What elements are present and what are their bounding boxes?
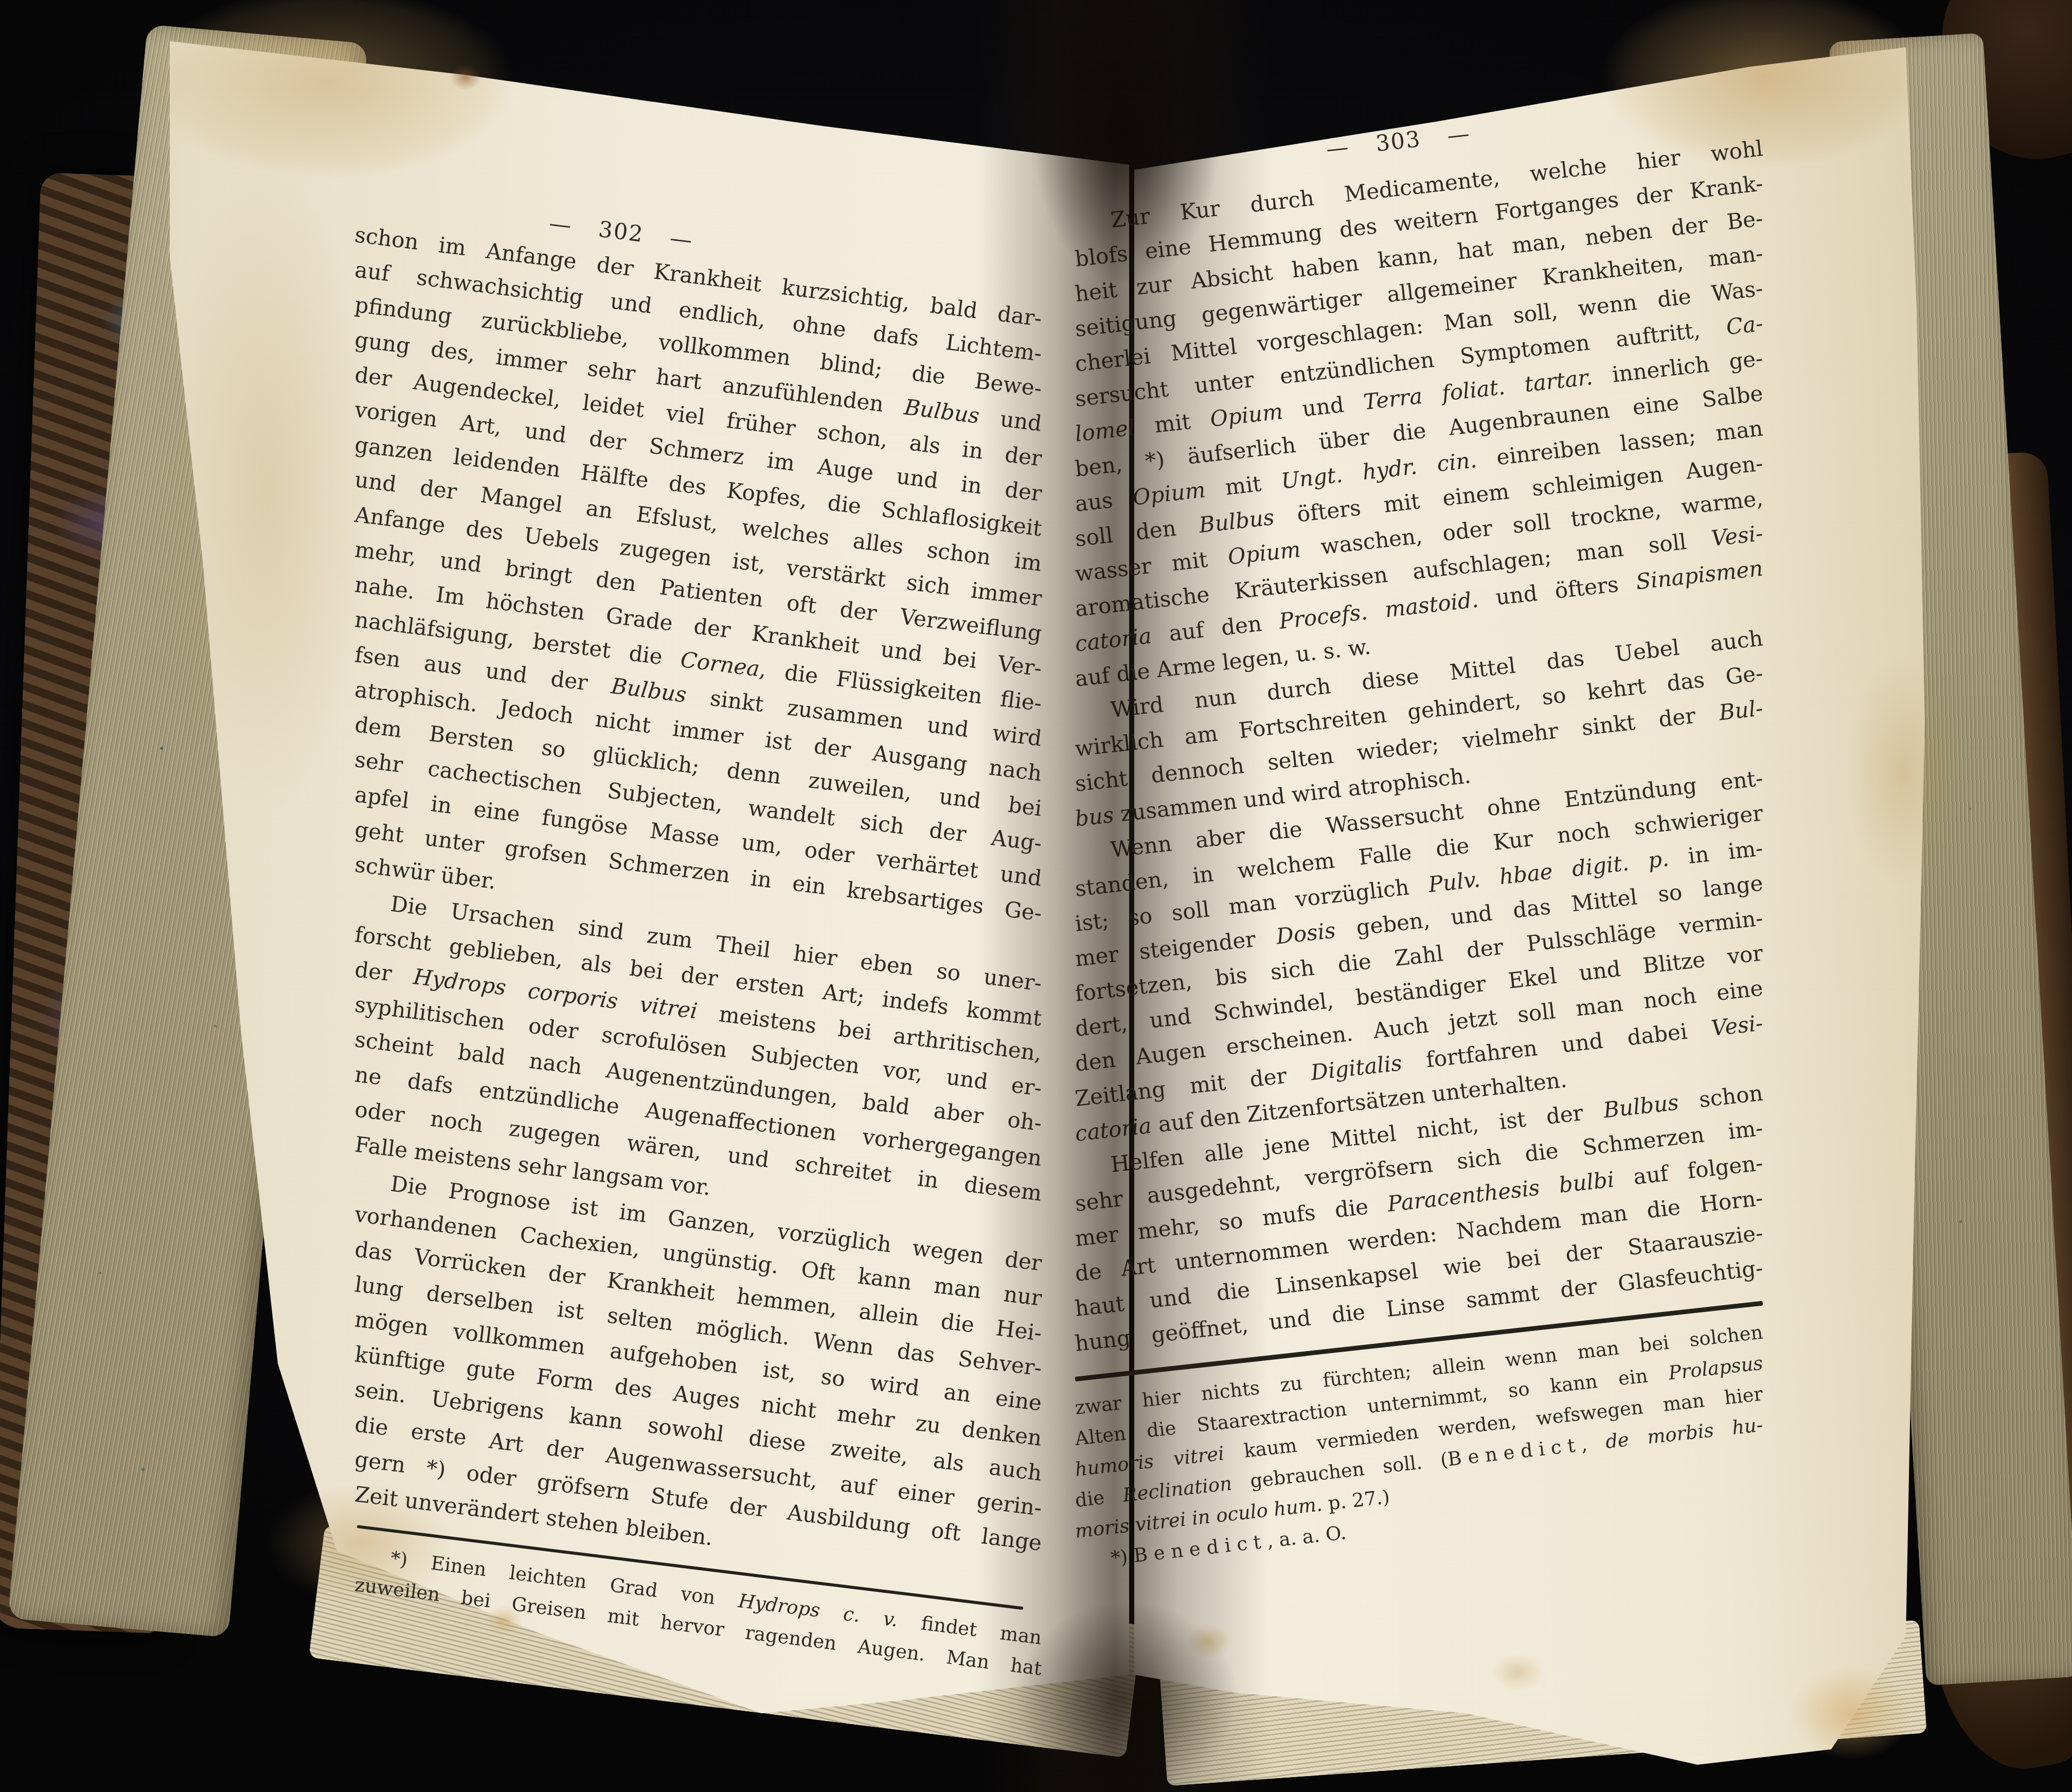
text-segment: Bulbus [1198, 504, 1275, 538]
text-segment: Bul- [1718, 696, 1764, 725]
text-segment: bus [1074, 802, 1115, 831]
text-segment: Bulbus [610, 673, 688, 707]
text-segment: Opium [1209, 399, 1284, 432]
text-segment: schon [1677, 1080, 1764, 1115]
text-segment: und [1281, 389, 1365, 423]
text-segment: die [1074, 1484, 1124, 1512]
text-segment: Cornea [679, 647, 761, 681]
text-segment: Vesi- [1710, 1010, 1764, 1041]
text-segment: Opium [1131, 477, 1206, 510]
photo-of-open-book: { "palette":{ "background":"#0b0b0e", "p… [0, 0, 2072, 1792]
text-segment: , a. a. O. [1266, 1521, 1347, 1552]
text-segment: , [1580, 1431, 1606, 1456]
text-segment: catoria [1074, 623, 1153, 657]
text-segment: Bulbus [903, 394, 981, 429]
text-segment: Vesi- [1710, 521, 1764, 552]
page-left-text: — 302 — schon im Anfange der Krankheit k… [355, 170, 1047, 1600]
text-segment: Digitalis [1310, 1050, 1403, 1085]
page-right-footnote: zwar hier nichts zu fürchten; allein wen… [1075, 1393, 1767, 1578]
text-segment: in im- [1667, 836, 1764, 871]
text-segment: Dosis [1275, 917, 1337, 949]
text-segment: mit [1204, 469, 1282, 502]
text-segment: Bulbus [1602, 1090, 1680, 1123]
text-segment: aus [1074, 485, 1134, 517]
text-segment: mit [1133, 406, 1211, 440]
page-right-text: — 303 — Zur Kur durch Medicamente, welch… [1075, 159, 1767, 1578]
text-segment: Opium [1226, 537, 1301, 570]
text-segment: p. 27.) [1321, 1486, 1391, 1515]
text-segment: und [978, 403, 1043, 436]
text-segment: Ca- [1725, 311, 1764, 340]
page-left-body: schon im Anfange der Krankheit kurzsicht… [355, 217, 1047, 1512]
text-segment: catoria [1074, 1113, 1153, 1146]
text-segment: lomel [1074, 415, 1136, 447]
page-right-body: Zur Kur durch Medicamente, welche hier w… [1075, 207, 1767, 1361]
text-segment: der [353, 956, 415, 989]
text-segment: *) [1110, 1545, 1135, 1570]
